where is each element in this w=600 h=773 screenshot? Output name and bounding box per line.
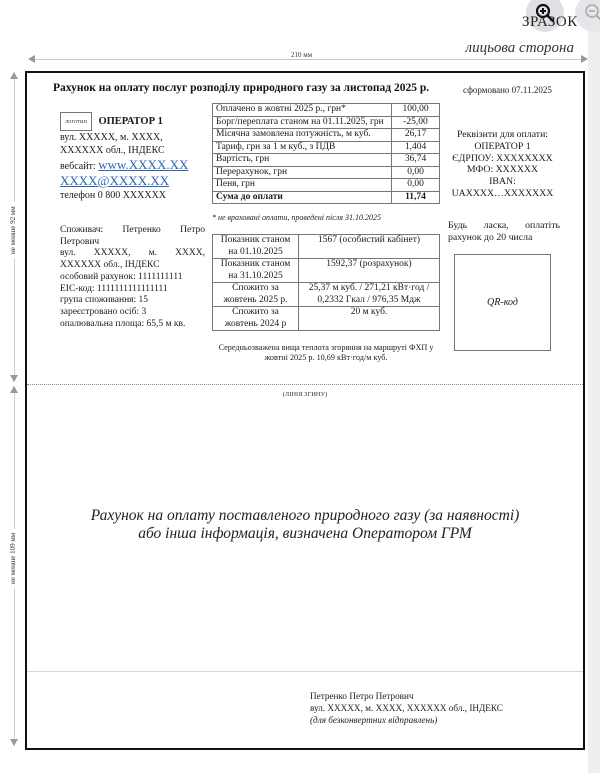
arrow-up-icon bbox=[10, 386, 18, 393]
requisites-operator: ОПЕРАТОР 1 bbox=[445, 141, 560, 153]
meter-table: Показник станом на 01.10.20251567 (особи… bbox=[212, 234, 440, 331]
website-link[interactable]: www.XXXX.XX bbox=[98, 157, 188, 172]
pay-prompt-line-2: рахунок до 20 числа bbox=[448, 232, 560, 244]
width-dimension-label: 210 мм bbox=[285, 51, 318, 59]
charge-label: Місячна замовлена потужність, м куб. bbox=[213, 129, 392, 142]
gas-info-line-2: або інша інформація, визначена Операторо… bbox=[27, 525, 583, 543]
consumer-name-2: Петрович bbox=[60, 237, 205, 249]
requisites-iban-label: IBAN: bbox=[445, 176, 560, 188]
table-row: Перерахунок, грн0,00 bbox=[213, 166, 440, 179]
zoom-out-button[interactable] bbox=[575, 0, 600, 32]
meter-label: Показник станом на 31.10.2025 bbox=[213, 259, 299, 283]
magnifier-minus-icon bbox=[584, 3, 600, 23]
table-row: Показник станом на 01.10.20251567 (особи… bbox=[213, 235, 440, 259]
meter-label: Спожито за жовтень 2024 р bbox=[213, 307, 299, 331]
consumer-address-1: вул. XXXXX, м. XXXX, bbox=[60, 248, 205, 260]
meter-value: 25,37 м куб. / 271,21 кВт·год / 0,2332 Г… bbox=[299, 283, 440, 307]
meter-note: Середньозважена вища теплота згоряння на… bbox=[212, 343, 440, 363]
requisites-iban: UAXXXX…XXXXXXX bbox=[445, 188, 560, 200]
envelope-divider bbox=[27, 671, 583, 672]
operator-address-2: XXXXXX обл., ІНДЕКС bbox=[60, 144, 210, 157]
charge-value: 0,00 bbox=[392, 166, 440, 179]
meter-value: 1567 (особистий кабінет) bbox=[299, 235, 440, 259]
requisites-mfo: МФО: XXXXXX bbox=[445, 164, 560, 176]
bill-sheet: Рахунок на оплату послуг розподілу приро… bbox=[25, 71, 585, 750]
consumer-area: опалювальна площа: 65,5 м кв. bbox=[60, 319, 205, 331]
generated-date: сформовано 07.11.2025 bbox=[463, 85, 552, 95]
table-row: Показник станом на 31.10.20251592,37 (ро… bbox=[213, 259, 440, 283]
consumer-account: особовий рахунок: 1111111111 bbox=[60, 272, 205, 284]
requisites-heading: Реквізити для оплати: bbox=[445, 129, 560, 141]
operator-address-1: вул. XXXXX, м. XXXX, bbox=[60, 131, 210, 144]
charge-label: Борг/переплата станом на 01.11.2025, грн bbox=[213, 116, 392, 129]
qr-code-placeholder: QR-код bbox=[454, 254, 551, 351]
arrow-up-icon bbox=[10, 72, 18, 79]
consumer-name-1: Споживач: Петренко Петро bbox=[60, 225, 205, 237]
meter-label: Спожито за жовтень 2025 р. bbox=[213, 283, 299, 307]
website-label: вебсайт: bbox=[60, 161, 96, 172]
face-label: лицьова сторона bbox=[466, 40, 574, 57]
consumer-block: Споживач: Петренко Петро Петрович вул. X… bbox=[60, 225, 205, 330]
arrow-right-icon bbox=[581, 55, 588, 63]
logo-placeholder: логотип bbox=[60, 112, 92, 131]
charge-label: Пеня, грн bbox=[213, 179, 392, 192]
charge-value: 1,404 bbox=[392, 141, 440, 154]
operator-block: логотип ОПЕРАТОР 1 вул. XXXXX, м. XXXX, … bbox=[60, 112, 210, 202]
total-row: Сума до оплати11,74 bbox=[213, 191, 440, 204]
bill-title: Рахунок на оплату послуг розподілу приро… bbox=[53, 82, 429, 94]
table-row: Борг/переплата станом на 01.11.2025, грн… bbox=[213, 116, 440, 129]
table-row: Тариф, грн за 1 м куб., з ПДВ1,404 bbox=[213, 141, 440, 154]
recipient-block: Петренко Петро Петрович вул. XXXXX, м. X… bbox=[310, 690, 503, 726]
consumer-group: група споживання: 15 bbox=[60, 295, 205, 307]
table-row: Вартість, грн36,74 bbox=[213, 154, 440, 167]
table-row: Спожито за жовтень 2025 р.25,37 м куб. /… bbox=[213, 283, 440, 307]
recipient-address: вул. XXXXX, м. XXXX, XXXXXX обл., ІНДЕКС bbox=[310, 702, 503, 714]
sample-label: ЗРАЗОК bbox=[522, 14, 578, 31]
charges-note: * не враховані оплати, проведені після 3… bbox=[212, 213, 381, 222]
arrow-left-icon bbox=[28, 55, 35, 63]
charge-value: 36,74 bbox=[392, 154, 440, 167]
bottom-height-dimension-label: не менше 109 мм bbox=[9, 529, 17, 588]
requisites-edrpou: ЄДРПОУ: XXXXXXXX bbox=[445, 153, 560, 165]
recipient-name: Петренко Петро Петрович bbox=[310, 690, 503, 702]
charge-value: -25,00 bbox=[392, 116, 440, 129]
fold-label: (ЛІНІЯ ЗГИНУ) bbox=[27, 391, 583, 398]
total-label: Сума до оплати bbox=[213, 191, 392, 204]
consumer-eic: EIC-код: 1111111111111111 bbox=[60, 284, 205, 296]
operator-phone: телефон 0 800 XXXXXX bbox=[60, 189, 210, 202]
width-dimension-line bbox=[30, 59, 584, 60]
payment-requisites: Реквізити для оплати: ОПЕРАТОР 1 ЄДРПОУ:… bbox=[445, 129, 560, 200]
table-row: Пеня, грн0,00 bbox=[213, 179, 440, 192]
operator-name: ОПЕРАТОР 1 bbox=[98, 116, 162, 127]
top-height-dimension-label: не менше 92 мм bbox=[9, 202, 17, 258]
meter-value: 1592,37 (розрахунок) bbox=[299, 259, 440, 283]
arrow-down-icon bbox=[10, 739, 18, 746]
charge-label: Перерахунок, грн bbox=[213, 166, 392, 179]
consumer-address-2: XXXXXX обл., ІНДЕКС bbox=[60, 260, 205, 272]
fold-line bbox=[27, 384, 583, 385]
charge-value: 0,00 bbox=[392, 179, 440, 192]
recipient-note: (для безконвертних відправлень) bbox=[310, 714, 503, 726]
charge-value: 26,17 bbox=[392, 129, 440, 142]
pay-prompt-line-1: Будь ласка, оплатіть bbox=[448, 220, 560, 232]
charge-label: Оплачено в жовтні 2025 р., грн* bbox=[213, 104, 392, 117]
table-row: Оплачено в жовтні 2025 р., грн*100,00 bbox=[213, 104, 440, 117]
total-value: 11,74 bbox=[392, 191, 440, 204]
scroll-gutter bbox=[588, 0, 600, 773]
charge-label: Тариф, грн за 1 м куб., з ПДВ bbox=[213, 141, 392, 154]
table-row: Місячна замовлена потужність, м куб.26,1… bbox=[213, 129, 440, 142]
charge-value: 100,00 bbox=[392, 104, 440, 117]
charges-table: Оплачено в жовтні 2025 р., грн*100,00 Бо… bbox=[212, 103, 440, 204]
table-row: Спожито за жовтень 2024 р20 м куб. bbox=[213, 307, 440, 331]
email-link[interactable]: XXXX@XXXX.XX bbox=[60, 173, 169, 188]
pay-prompt: Будь ласка, оплатіть рахунок до 20 числа bbox=[448, 220, 560, 244]
gas-info-line-1: Рахунок на оплату поставленого природног… bbox=[27, 507, 583, 525]
charge-label: Вартість, грн bbox=[213, 154, 392, 167]
meter-value: 20 м куб. bbox=[299, 307, 440, 331]
meter-label: Показник станом на 01.10.2025 bbox=[213, 235, 299, 259]
qr-label: QR-код bbox=[487, 297, 518, 308]
gas-info-text: Рахунок на оплату поставленого природног… bbox=[27, 507, 583, 543]
consumer-registered: зареєстровано осіб: 3 bbox=[60, 307, 205, 319]
arrow-down-icon bbox=[10, 375, 18, 382]
